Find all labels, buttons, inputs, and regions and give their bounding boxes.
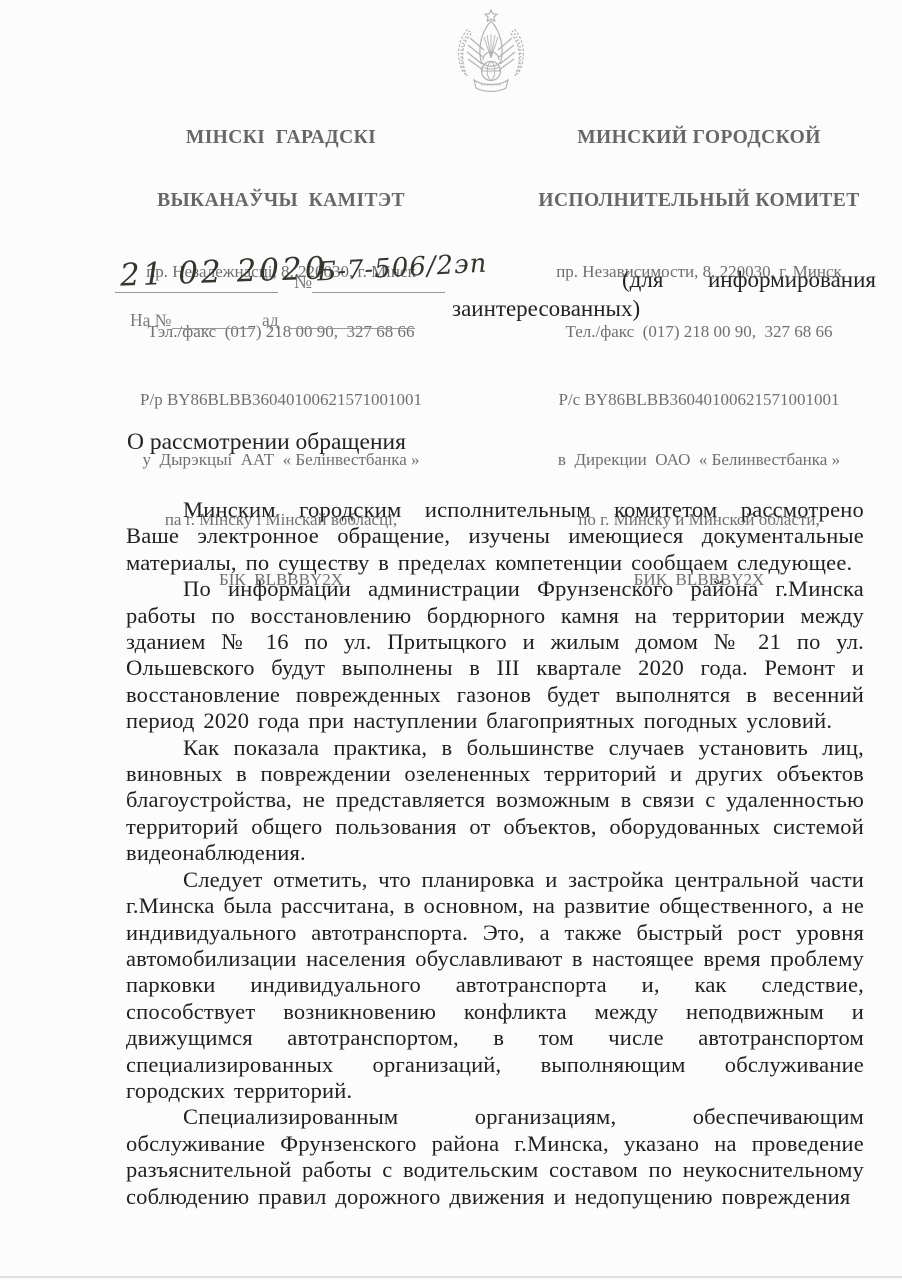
body-paragraph: Специализированным организациям, обеспеч… — [126, 1104, 864, 1210]
org-title-ru-line1: МИНСКИЙ ГОРОДСКОЙ — [518, 126, 880, 149]
org-phone-ru: Тел./факс (017) 218 00 90, 327 68 66 — [518, 322, 880, 342]
subject-line: О рассмотрении обращения — [127, 429, 406, 456]
letter-page: МІНСКІ ГАРАДСКІ ВЫКАНАЎЧЫ КАМІТЭТ пр. Не… — [0, 0, 902, 1280]
body-paragraph: Минским городским исполнительным комитет… — [126, 497, 864, 576]
org-title-by-line1: МІНСКІ ГАРАДСКІ — [100, 126, 462, 149]
org-account-by: Р/р BY86BLBB36040100621571001001 — [100, 390, 462, 410]
body-paragraph: Следует отметить, что планировка и застр… — [126, 867, 864, 1105]
body-paragraph: Как показала практика, в большинстве слу… — [126, 735, 864, 867]
belarus-coat-of-arms-icon — [450, 8, 532, 94]
number-label: № — [294, 272, 312, 294]
reply-date-blank-line — [289, 328, 415, 329]
org-title-ru-line2: ИСПОЛНИТЕЛЬНЫЙ КОМИТЕТ — [518, 189, 880, 212]
org-account-ru: Р/с BY86BLBB36040100621571001001 — [518, 390, 880, 410]
reply-number-blank-line — [172, 328, 255, 329]
org-title-by-line2: ВЫКАНАЎЧЫ КАМІТЭТ — [100, 189, 462, 212]
letter-body: Минским городским исполнительным комитет… — [126, 497, 864, 1210]
recipient-note: (для информирования заинтересованных) — [452, 266, 876, 323]
body-paragraph: По информации администрации Фрунзенского… — [126, 576, 864, 734]
scan-edge-artifact — [0, 1276, 902, 1278]
date-blank-line — [115, 292, 278, 293]
org-bank-ru-line1: в Дирекции ОАО « Белинвестбанка » — [518, 450, 880, 470]
reply-from-label: ад — [262, 310, 279, 331]
reply-to-label: На № — [130, 310, 171, 331]
number-blank-line — [312, 292, 445, 293]
